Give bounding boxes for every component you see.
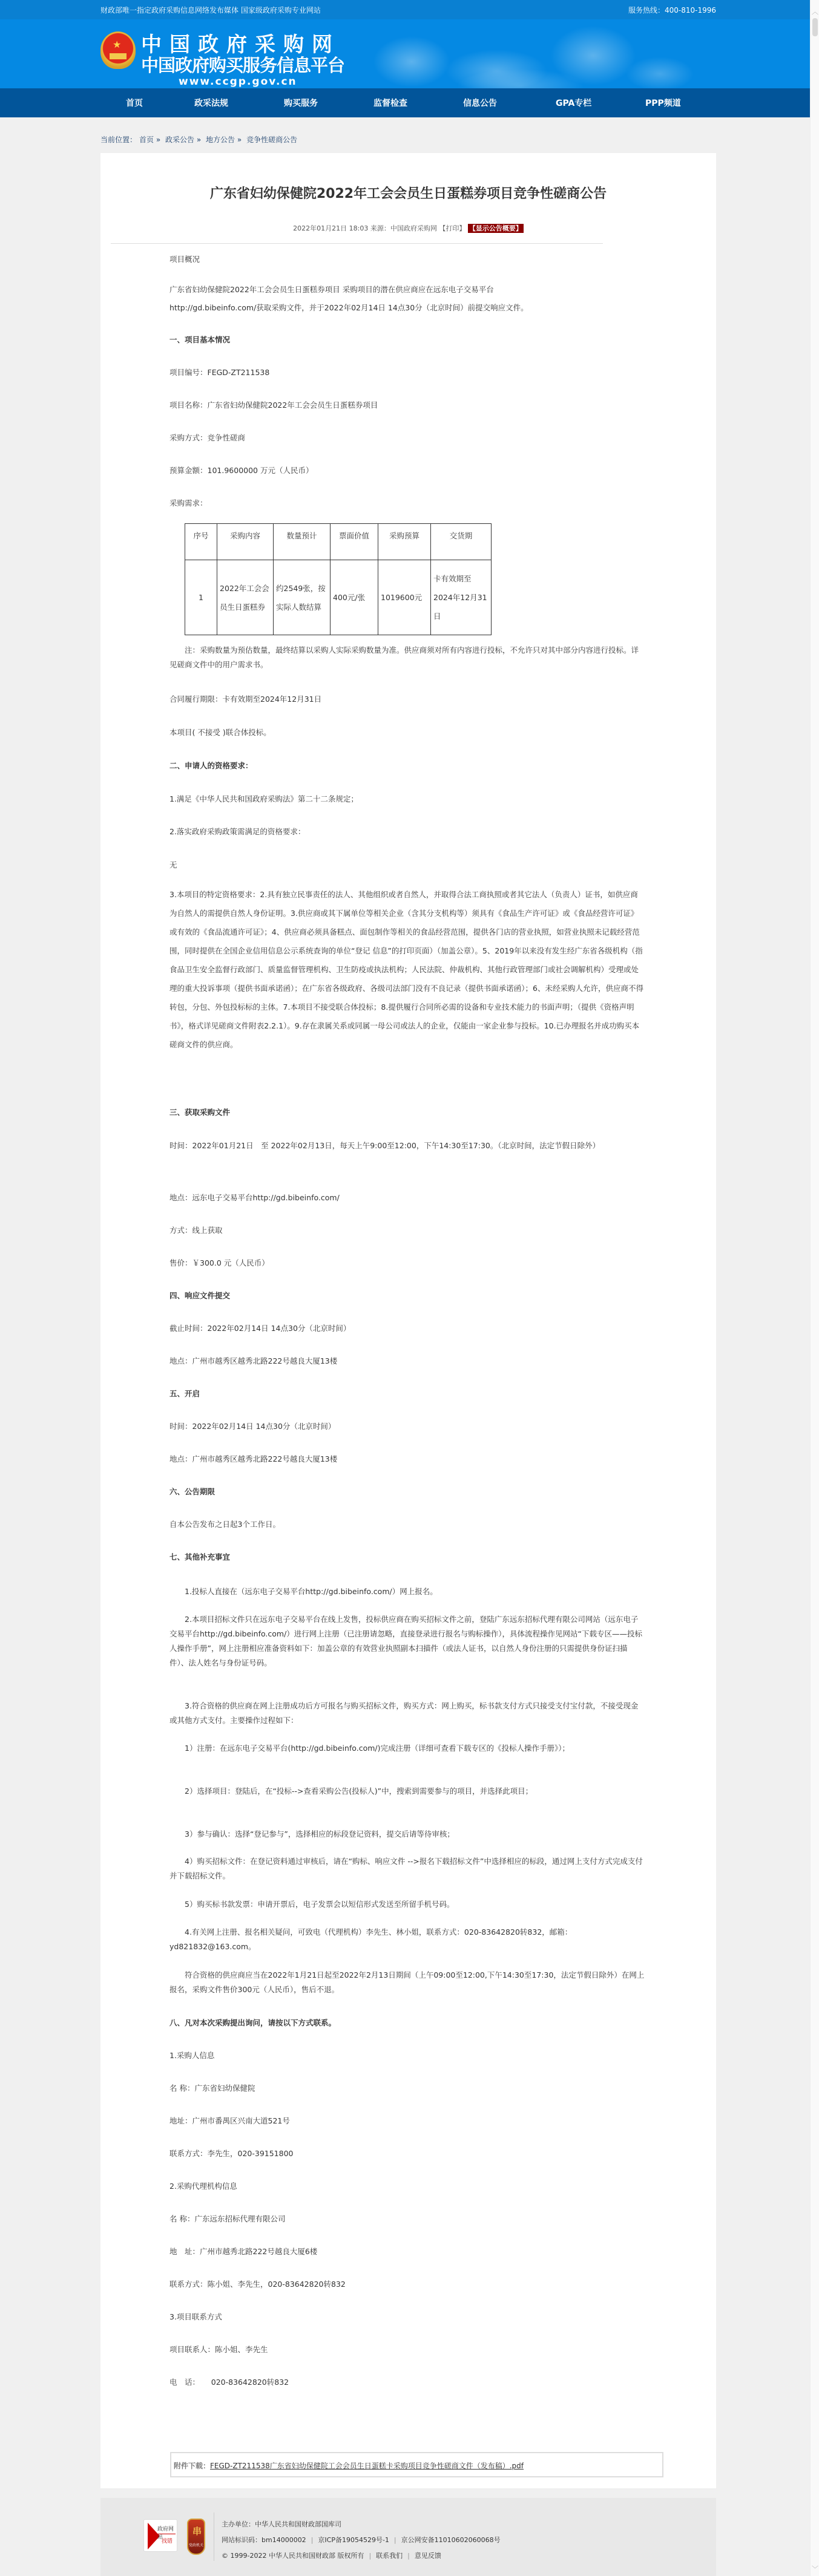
other-item-3-3: 3）参与确认：选择“登记参与”，选择相应的标段登记资料，提交后请等待审核； [169, 1827, 645, 1842]
site-id: 网站标识码：bm14000002 [222, 2536, 306, 2544]
publish-info: 2022年01月21日 18:03 来源：中国政府采购网 [293, 224, 437, 232]
obtain-time: 时间：2022年01月21日 至 2022年02月13日，每天上午9:00至12… [169, 1136, 645, 1155]
submit-deadline: 截止时间：2022年02月14日 14点30分（北京时间） [169, 1319, 350, 1338]
section-4-heading: 四、响应文件提交 [169, 1286, 230, 1305]
other-item-3-2: 2）选择项目：登陆后，在“投标-->查看采购公告(投标人)”中，搜索到需要参与的… [169, 1784, 645, 1799]
section-8-heading: 八、凡对本次采购提出询问，请按以下方式联系。 [169, 2013, 336, 2032]
consortium-note: 本项目( 不接受 )联合体投标。 [169, 723, 271, 742]
purchaser-label: 1.采购人信息 [169, 2046, 214, 2065]
main-nav: 首页 政采法规 购买服务 监督检查 信息公告 GPA专栏 PPP频道 [0, 88, 810, 117]
breadcrumb: 当前位置：首页 » 政采公告 » 地方公告 » 竞争性磋商公告 [100, 134, 297, 145]
announcement-period: 自本公告发布之日起3个工作日。 [169, 1515, 280, 1534]
breadcrumb-competitive-consultation[interactable]: 竞争性磋商公告 [246, 136, 297, 144]
qualification-2: 2.落实政府采购政策需满足的资格要求： [169, 822, 305, 841]
footer: 政府网站 找错 串 党政机关 主办单位：中华人民共和国财政部国库司 网站标识码：… [100, 2498, 716, 2576]
demand-label: 采购需求： [169, 494, 208, 512]
purchaser-address: 地址：广州市番禺区兴南大道521号 [169, 2111, 290, 2130]
agency-name: 名 称：广东远东招标代理有限公司 [169, 2209, 285, 2228]
breadcrumb-sep: » [156, 136, 160, 144]
nav-item-gpa[interactable]: GPA专栏 [556, 97, 591, 109]
breadcrumb-label: 当前位置： [100, 136, 137, 144]
section-7-heading: 七、其他补充事宜 [169, 1548, 230, 1566]
table-header: 采购预算 [378, 524, 431, 560]
qualification-3: 3.本项目的特定资格要求：2.具有独立民事责任的法人、其他组织或者自然人，并取得… [169, 885, 645, 1054]
scroll-up-icon[interactable]: ︿ [811, 7, 819, 16]
procurement-method: 采购方式：竞争性磋商 [169, 428, 245, 447]
project-contact-person: 项目联系人：陈小姐、李先生 [169, 2340, 268, 2359]
agency-label: 2.采购代理机构信息 [169, 2177, 237, 2195]
breadcrumb-sep: » [197, 136, 201, 144]
nav-item-home[interactable]: 首页 [126, 97, 143, 109]
requirements-table: 序号 采购内容 数量预计 票面价值 采购预算 交货期 1 2022年工会会员生日… [185, 523, 492, 635]
logo-title[interactable]: 中国政府采购网 [141, 34, 340, 56]
purchaser-name: 名 称：广东省妇幼保健院 [169, 2079, 255, 2097]
article-title: 广东省妇幼保健院2022年工会会员生日蛋糕券项目竞争性磋商公告 [100, 183, 716, 202]
nav-item-purchase-services[interactable]: 购买服务 [284, 97, 318, 109]
header-banner: ★ 中国政府采购网 中国政府购买服务信息平台 www.ccgp.gov.cn [0, 19, 810, 88]
feedback-link[interactable]: 意见反馈 [415, 2552, 441, 2560]
contract-period: 合同履行期限：卡有效期至2024年12月31日 [169, 690, 321, 708]
qualification-2-value: 无 [169, 855, 177, 874]
project-contact-phone: 电 话： 020-83642820转832 [169, 2373, 289, 2391]
other-item-1: 1.投标人直接在（远东电子交易平台http://gd.bibeinfo.com/… [169, 1584, 645, 1599]
nav-item-regulations[interactable]: 政采法规 [194, 97, 228, 109]
nav-item-announcements[interactable]: 信息公告 [463, 97, 497, 109]
other-item-3-5: 5）购买标书款发票：申请开票后，电子发票会以短信形式发送至所留手机号码。 [169, 1897, 645, 1912]
site-slogan: 财政部唯一指定政府采购信息网络发布媒体 国家级政府采购专业网站 [100, 5, 321, 15]
other-item-3-1: 1）注册：在远东电子交易平台(http://gd.bibeinfo.com/)完… [169, 1741, 645, 1756]
logo-url: www.ccgp.gov.cn [179, 76, 297, 87]
vertical-scrollbar[interactable]: ︿ ﹀ [810, 0, 819, 2576]
copyright: © 1999-2022 中华人民共和国财政部 版权所有 [222, 2552, 364, 2560]
party-emblem-icon: 串 [192, 2525, 202, 2537]
project-number: 项目编号：FEGD-ZT211538 [169, 363, 269, 382]
footer-divider [214, 2512, 214, 2561]
table-row: 1 2022年工会会员生日蛋糕券 约2549张，按实际人数结算 400元/张 1… [185, 560, 492, 635]
nav-item-supervision[interactable]: 监督检查 [373, 97, 407, 109]
title-divider [111, 243, 603, 244]
other-item-4: 4.有关网上注册、报名相关疑问，可致电（代理机构）李先生、林小姐，联系方式：02… [169, 1925, 645, 1954]
table-header: 采购内容 [217, 524, 274, 560]
table-header: 数量预计 [274, 524, 331, 560]
project-contact-label: 3.项目联系方式 [169, 2307, 222, 2326]
table-header: 票面价值 [331, 524, 378, 560]
nav-item-ppp[interactable]: PPP频道 [645, 97, 681, 109]
article-meta: 2022年01月21日 18:03 来源：中国政府采购网 【打印】 【显示公告概… [100, 223, 716, 233]
cloud-decoration [339, 19, 702, 88]
top-bar: 财政部唯一指定政府采购信息网络发布媒体 国家级政府采购专业网站 服务热线：400… [0, 0, 810, 19]
obtain-place: 地点：远东电子交易平台http://gd.bibeinfo.com/ [169, 1188, 340, 1207]
table-cell: 卡有效期至2024年12月31日 [431, 560, 492, 635]
footer-registration: 网站标识码：bm14000002|京ICP备19054529号-1|京公网安备1… [222, 2535, 501, 2545]
open-place: 地点：广州市越秀区越秀北路222号越良大厦13楼 [169, 1450, 337, 1468]
procurement-note: 注：采购数量为预估数量，最终结算以采购人实际采购数量为准。供应商须对所有内容进行… [169, 643, 645, 672]
attachment-download-link[interactable]: FEGD-ZT211538广东省妇幼保健院工会会员生日蛋糕卡采购项目竞争性磋商文… [210, 2462, 524, 2470]
table-cell: 约2549张，按实际人数结算 [274, 560, 331, 635]
show-summary-button[interactable]: 【显示公告概要】 [468, 224, 524, 233]
footer-host: 主办单位：中华人民共和国财政部国库司 [222, 2519, 341, 2529]
section-5-heading: 五、开启 [169, 1384, 200, 1403]
table-cell: 1019600元 [378, 560, 431, 635]
table-header-row: 序号 采购内容 数量预计 票面价值 采购预算 交货期 [185, 524, 492, 560]
budget-amount: 预算金额：101.9600000 万元（人民币） [169, 461, 313, 480]
logo-subtitle: 中国政府购买服务信息平台 [141, 56, 344, 75]
table-header: 交货期 [431, 524, 492, 560]
national-emblem-icon: ★ [100, 31, 136, 69]
party-government-badge[interactable]: 串 党政机关 [187, 2519, 205, 2555]
police-record-link[interactable]: 京公网安备11010602060068号 [401, 2536, 501, 2544]
submit-place: 地点：广州市越秀区越秀北路222号越良大厦13楼 [169, 1352, 337, 1370]
section-3-heading: 三、获取采购文件 [169, 1103, 230, 1122]
breadcrumb-home[interactable]: 首页 [139, 136, 154, 144]
table-cell: 400元/张 [331, 560, 378, 635]
find-error-badge[interactable]: 政府网站 找错 [143, 2519, 177, 2552]
other-item-3-4: 4）购买招标文件：在登记资料通过审核后，请在“购标、响应文件 -->报名下载招标… [169, 1854, 645, 1883]
agency-contact: 联系方式：陈小姐、李先生，020-83642820转832 [169, 2275, 346, 2293]
attachment-label: 附件下载： [174, 2462, 210, 2470]
other-item-2: 2.本项目招标文件只在远东电子交易平台在线上发售，投标供应商在购买招标文件之前，… [169, 1612, 645, 1670]
print-link[interactable]: 【打印】 [439, 224, 465, 232]
table-cell: 2022年工会会员生日蛋糕券 [217, 560, 274, 635]
breadcrumb-sep: » [237, 136, 242, 144]
table-cell: 1 [185, 560, 217, 635]
open-time: 时间：2022年02月14日 14点30分（北京时间） [169, 1417, 335, 1436]
overview-line-1: 广东省妇幼保健院2022年工会会员生日蛋糕券项目 采购项目的潜在供应商应在远东电… [169, 280, 494, 299]
other-item-3: 3.符合资格的供应商在网上注册成功后方可报名与购买招标文件，购买方式：网上购买，… [169, 1699, 645, 1728]
attachment-box: 附件下载：FEGD-ZT211538广东省妇幼保健院工会会员生日蛋糕卡采购项目竞… [170, 2452, 663, 2477]
article-panel: 广东省妇幼保健院2022年工会会员生日蛋糕券项目竞争性磋商公告 2022年01月… [100, 153, 716, 2488]
agency-address: 地 址：广州市越秀北路222号越良大厦6楼 [169, 2242, 317, 2261]
section-6-heading: 六、公告期限 [169, 1482, 215, 1501]
other-item-5: 符合资格的供应商应当在2022年1月21日起至2022年2月13日期间（上午09… [169, 1968, 645, 1997]
overview-line-2: http://gd.bibeinfo.com/获取采购文件，并于2022年02月… [169, 298, 528, 317]
scrollbar-thumb[interactable] [812, 18, 818, 36]
purchaser-contact: 联系方式：李先生，020-39151800 [169, 2144, 294, 2163]
overview-label: 项目概况 [169, 250, 200, 269]
footer-copyright-row: © 1999-2022 中华人民共和国财政部 版权所有|联系我们|意见反馈 [222, 2551, 441, 2560]
icp-link[interactable]: 京ICP备19054529号-1 [318, 2536, 389, 2544]
contact-us-link[interactable]: 联系我们 [376, 2552, 403, 2560]
table-header: 序号 [185, 524, 217, 560]
scroll-down-icon[interactable]: ﹀ [811, 2565, 819, 2574]
section-2-heading: 二、申请人的资格要求： [169, 756, 253, 775]
breadcrumb-local-announcements[interactable]: 地方公告 [206, 136, 235, 144]
obtain-price: 售价：￥300.0 元（人民币） [169, 1254, 269, 1272]
project-name: 项目名称：广东省妇幼保健院2022年工会会员生日蛋糕券项目 [169, 396, 378, 414]
obtain-method: 方式：线上获取 [169, 1221, 223, 1240]
page: 财政部唯一指定政府采购信息网络发布媒体 国家级政府采购专业网站 服务热线：400… [0, 0, 810, 2576]
qualification-1: 1.满足《中华人民共和国政府采购法》第二十二条规定； [169, 789, 358, 808]
service-hotline: 服务热线：400-810-1996 [628, 5, 716, 15]
breadcrumb-gov-announcements[interactable]: 政采公告 [165, 136, 194, 144]
section-1-heading: 一、项目基本情况 [169, 330, 230, 349]
